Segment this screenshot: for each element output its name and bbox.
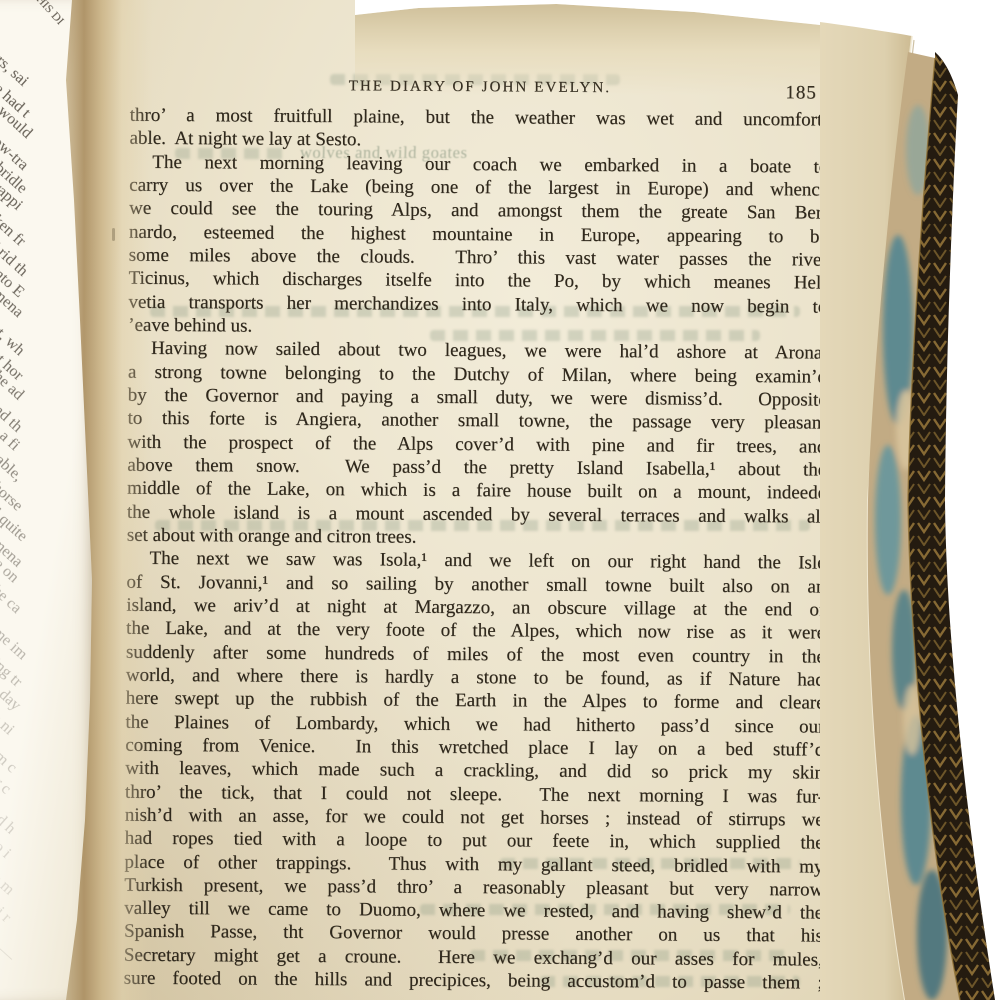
left-page-text-fragment: HIS DI bbox=[33, 0, 68, 28]
page-content: THE DIARY OF JOHN EVELYN. 185 thro’ a mo… bbox=[52, 0, 874, 1000]
book-fore-edge-and-binding bbox=[820, 0, 1000, 1000]
running-header: THE DIARY OF JOHN EVELYN. 185 bbox=[130, 77, 830, 104]
left-page-text-fragment: e m bbox=[0, 870, 17, 899]
left-page-text-fragment: a ni bbox=[0, 710, 17, 739]
text-line: sure footed on the hills and precipices,… bbox=[124, 967, 823, 995]
left-page-text-fragment: nd h bbox=[0, 806, 19, 838]
page-text-block: thro’ a most fruitfull plaine, but the w… bbox=[124, 104, 829, 995]
ink-stray-mark bbox=[112, 228, 115, 241]
book-photo: wolves and wild goates THE DIARY OF JOHN… bbox=[0, 0, 1000, 1000]
left-page-text-fragment: i r bbox=[0, 904, 14, 927]
left-page-text-fragment: rs colours, sai bbox=[0, 18, 32, 91]
page-header-title: THE DIARY OF JOHN EVELYN. bbox=[130, 77, 830, 99]
left-page-text-fragment: r c bbox=[0, 774, 14, 798]
left-page-text-fragment: — bbox=[0, 942, 18, 966]
left-page-text-fragment: he ca bbox=[0, 582, 25, 618]
book-page: wolves and wild goates THE DIARY OF JOHN… bbox=[55, 0, 870, 1000]
left-page-text-fragment: lim c bbox=[0, 742, 20, 777]
left-page-text-fragment: o i bbox=[0, 838, 14, 862]
page-number: 185 bbox=[785, 82, 817, 104]
left-page-text-fragment: some im bbox=[0, 614, 31, 664]
